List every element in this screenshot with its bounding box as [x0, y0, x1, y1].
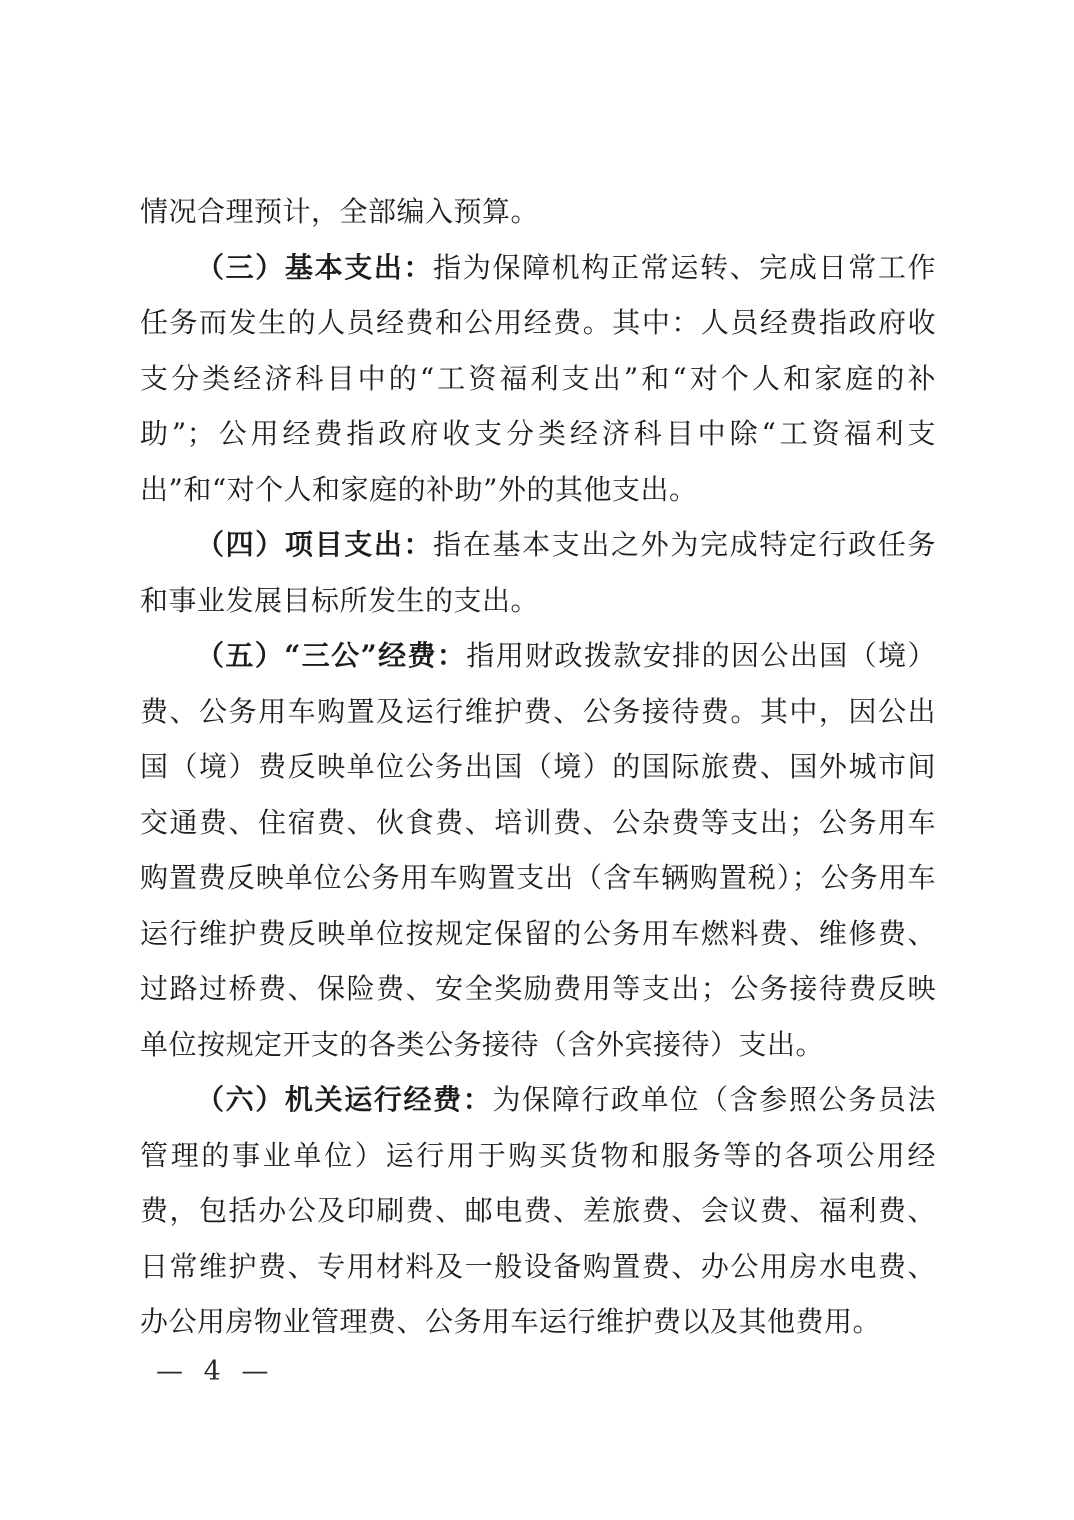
paragraph-text: 情况合理预计，全部编入预算。 [140, 195, 539, 228]
paragraph-text: 为保障行政单位（含参照公务员法管理的事业单位）运行用于购买货物和服务等的各项公用… [140, 1083, 936, 1338]
paragraph-project-expenditure: （四）项目支出：指在基本支出之外为完成特定行政任务和事业发展目标所发生的支出。 [140, 517, 936, 628]
paragraph-agency-operating-funds: （六）机关运行经费：为保障行政单位（含参照公务员法管理的事业单位）运行用于购买货… [140, 1072, 936, 1350]
term-label-project-expenditure: （四）项目支出： [196, 528, 433, 561]
paragraph-basic-expenditure: （三）基本支出：指为保障机构正常运转、完成日常工作任务而发生的人员经费和公用经费… [140, 240, 936, 518]
term-label-three-public-funds: （五）“三公”经费： [196, 639, 466, 672]
page-number: — 4 — [156, 1356, 274, 1387]
paragraph-continuation: 情况合理预计，全部编入预算。 [140, 184, 936, 240]
term-label-agency-operating-funds: （六）机关运行经费： [196, 1083, 492, 1116]
page-footer: — 4 — [156, 1352, 274, 1392]
paragraph-text: 指用财政拨款安排的因公出国（境）费、公务用车购置及运行维护费、公务接待费。其中，… [140, 639, 936, 1061]
term-label-basic-expenditure: （三）基本支出： [196, 251, 433, 284]
paragraph-text: 指为保障机构正常运转、完成日常工作任务而发生的人员经费和公用经费。其中：人员经费… [140, 251, 936, 506]
document-page: 情况合理预计，全部编入预算。 （三）基本支出：指为保障机构正常运转、完成日常工作… [0, 0, 1074, 1520]
paragraph-three-public-funds: （五）“三公”经费：指用财政拨款安排的因公出国（境）费、公务用车购置及运行维护费… [140, 628, 936, 1072]
document-body: 情况合理预计，全部编入预算。 （三）基本支出：指为保障机构正常运转、完成日常工作… [140, 184, 936, 1350]
